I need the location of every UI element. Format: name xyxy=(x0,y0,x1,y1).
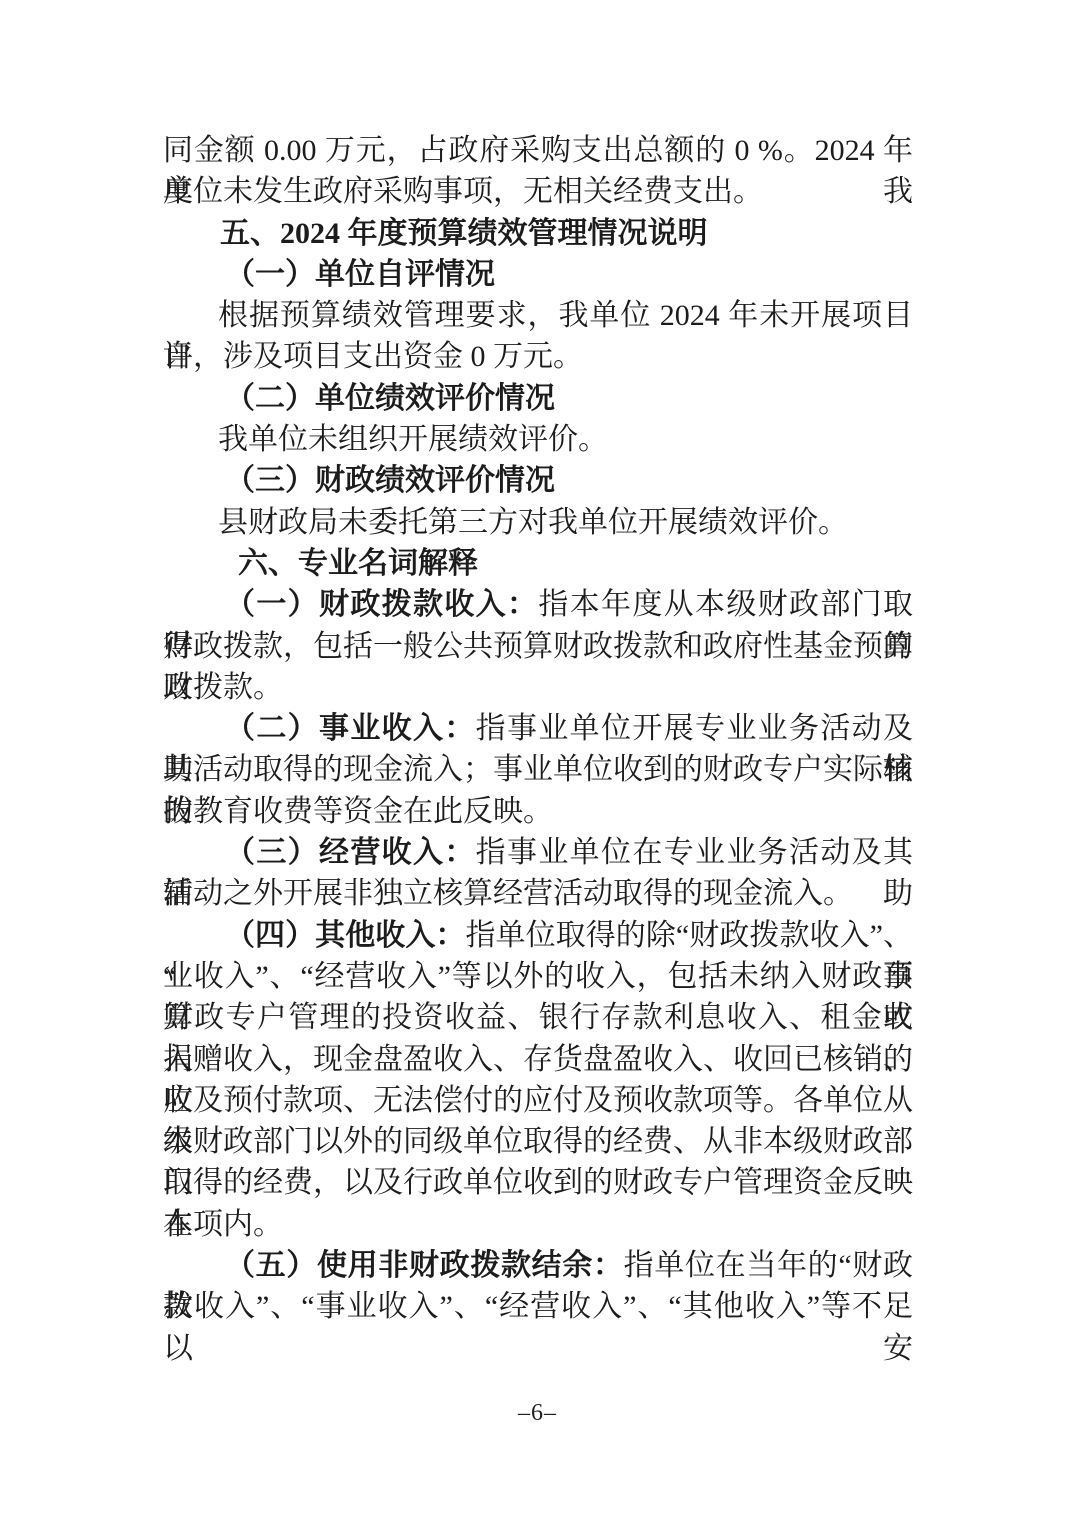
subsection-heading: （三）财政绩效评价情况 xyxy=(163,460,913,501)
text-line: 本项内。 xyxy=(163,1204,913,1245)
text-line: 政拨款。 xyxy=(163,667,913,708)
subsection-heading: （一）单位自评情况 xyxy=(163,254,913,295)
section-heading: 六、专业名词解释 xyxy=(163,543,913,584)
text-line: 取得的经费，以及行政单位收到的财政专户管理资金反映在 xyxy=(163,1162,913,1203)
text-line: 款收入”、“事业收入”、“经营收入”、“其他收入”等不足以安 xyxy=(163,1286,913,1327)
text-line: 级财政部门以外的同级单位取得的经费、从非本级财政部门 xyxy=(163,1121,913,1162)
text-line: 收及预付款项、无法偿付的应付及预收款项等。各单位从本 xyxy=(163,1080,913,1121)
text-line: 业收入”、“经营收入”等以外的收入，包括未纳入财政预算或 xyxy=(163,956,913,997)
term-definition-line: （三）经营收入：指事业单位在专业业务活动及其辅助 xyxy=(163,832,913,873)
term-definition-line: （二）事业收入：指事业单位开展专业业务活动及其辅 xyxy=(163,708,913,749)
term-definition-line: （四）其他收入：指单位取得的除“财政拨款收入”、“事 xyxy=(163,915,913,956)
footer-page-number: –6– xyxy=(0,1400,1075,1427)
document-body: 同金额 0.00 万元，占政府采购支出总额的 0 %。2024 年度我 单位未发… xyxy=(163,130,913,1328)
text-line: 捐赠收入，现金盘盈收入、存货盘盈收入、收回已核销的应 xyxy=(163,1039,913,1080)
section-heading: 五、2024 年度预算绩效管理情况说明 xyxy=(163,213,913,254)
text-line: 评，涉及项目支出资金 0 万元。 xyxy=(163,336,913,377)
term-definition-line: （一）财政拨款收入：指本年度从本级财政部门取得的 xyxy=(163,584,913,625)
text-line: 根据预算绩效管理要求，我单位 2024 年未开展项目自 xyxy=(163,295,913,336)
text-line: 县财政局未委托第三方对我单位开展绩效评价。 xyxy=(163,502,913,543)
text-line: 同金额 0.00 万元，占政府采购支出总额的 0 %。2024 年度我 xyxy=(163,130,913,171)
subsection-heading: （二）单位绩效评价情况 xyxy=(163,378,913,419)
term-definition-line: （五）使用非财政拨款结余：指单位在当年的“财政拨 xyxy=(163,1245,913,1286)
text-line: 财政拨款，包括一般公共预算财政拨款和政府性基金预算财 xyxy=(163,626,913,667)
text-line: 的教育收费等资金在此反映。 xyxy=(163,791,913,832)
document-page: 同金额 0.00 万元，占政府采购支出总额的 0 %。2024 年度我 单位未发… xyxy=(0,0,1075,1520)
text-line: 财政专户管理的投资收益、银行存款利息收入、租金收入、 xyxy=(163,997,913,1038)
text-line: 活动之外开展非独立核算经营活动取得的现金流入。 xyxy=(163,873,913,914)
text-line: 助活动取得的现金流入；事业单位收到的财政专户实际核拨 xyxy=(163,749,913,790)
text-line: 我单位未组织开展绩效评价。 xyxy=(163,419,913,460)
